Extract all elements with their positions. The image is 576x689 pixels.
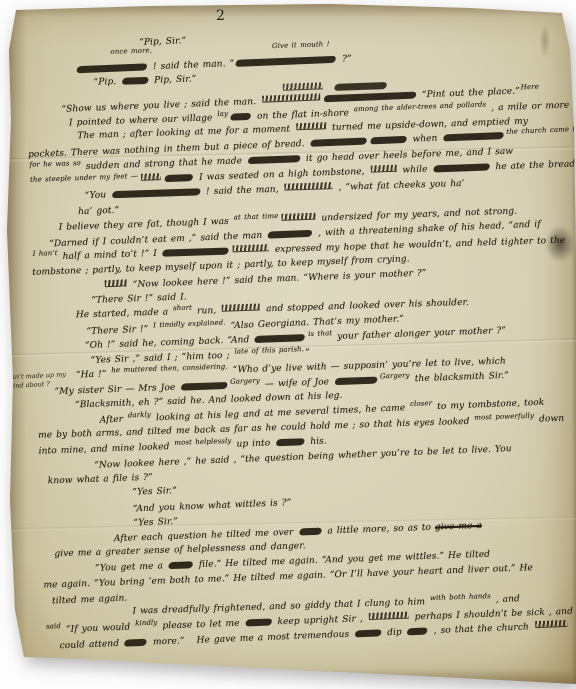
interlinear-insertion: I timidly explained. <box>153 318 226 329</box>
ink-blot <box>168 562 193 570</box>
ink-blot <box>111 188 200 198</box>
ink-text: , “what fat cheeks you ha’ <box>334 179 464 193</box>
ink-text: “Pip. <box>93 77 120 88</box>
ink-text: ” <box>305 348 310 358</box>
interlinear-insertion: said <box>46 622 61 631</box>
ink-text: Pip, Sir.” <box>150 74 197 85</box>
ink-text: “Yes Sir.” <box>132 486 177 497</box>
ink-scribble <box>283 82 323 90</box>
ink-text: to my tombstone, took <box>433 398 544 412</box>
interlinear-insertion: most helplessly <box>174 437 231 447</box>
ink-text: up into <box>232 438 274 449</box>
ink-text: keep upright Sir , <box>273 614 367 627</box>
struck-through-text: give me a <box>435 520 482 532</box>
ink-blot <box>407 627 428 635</box>
interlinear-insertion: kindly <box>135 618 158 627</box>
ink-text: , and <box>492 594 520 605</box>
ink-text: “There Sir !” <box>86 324 152 337</box>
ink-text: could attend <box>60 638 124 651</box>
paper-shadow: 2 “Pip, Sir.”once more,Give it mouth ! !… <box>0 0 576 689</box>
ink-text: while <box>398 165 431 176</box>
worn-edge-bottom <box>12 669 576 685</box>
interlinear-insertion: Gargery <box>230 376 260 385</box>
ink-text: half a mind to’t !” I <box>59 248 162 261</box>
ink-text: when <box>408 134 441 145</box>
ink-text: on the flat in-shore <box>253 108 353 122</box>
ink-scribble <box>222 304 260 312</box>
ink-text: the blacksmith Sir.” <box>411 370 509 384</box>
ink-blot <box>254 334 305 343</box>
ink-text: run, <box>193 306 220 317</box>
ink-text: “Yes Sir.” <box>133 516 178 528</box>
ink-text: he ate the bread ravenously. <box>491 157 576 172</box>
ink-text: , so that the church <box>430 622 533 636</box>
interlinear-insertion: closer <box>410 400 432 409</box>
ink-text: into mine, and mine looked <box>39 442 174 457</box>
ink-blot <box>247 155 300 164</box>
ink-scribble <box>369 611 409 619</box>
ink-blot <box>432 164 489 173</box>
ink-blot <box>275 438 304 446</box>
ink-blot <box>310 138 367 147</box>
ink-blot <box>334 376 377 385</box>
ink-scribble <box>233 244 269 252</box>
interlinear-insertion: late of this parish. <box>234 345 304 355</box>
page-number: 2 <box>216 8 226 24</box>
interlinear-insertion: Here <box>521 82 539 91</box>
ink-blot <box>121 77 149 85</box>
ink-text: know what a file is ?” <box>48 473 153 487</box>
ink-text: tilted me again. <box>52 594 128 607</box>
ink-text: He started, made a <box>76 307 173 320</box>
ink-blot <box>162 247 229 256</box>
ink-text: “Pint out the place.” <box>418 86 520 100</box>
interlinear-insertion: at that time <box>233 212 278 222</box>
interlinear-insertion: for he was so <box>29 159 81 169</box>
handwritten-text-block: “Pip, Sir.”once more,Give it mouth ! ! s… <box>24 20 576 653</box>
ink-scribble <box>281 212 315 220</box>
interlinear-insertion: with both hands <box>430 592 491 602</box>
interlinear-insertion: is that <box>308 329 332 338</box>
ink-text: more.” <box>149 636 185 647</box>
ink-blot <box>235 56 336 67</box>
ink-text: ha’ got.” <box>78 206 119 217</box>
ink-blot <box>164 174 193 182</box>
ink-blot <box>267 229 312 238</box>
ink-text: his. <box>306 437 327 448</box>
ink-blot <box>323 91 416 102</box>
ink-text: down <box>535 414 564 425</box>
ink-text: “And you know what wittles is ?” <box>133 498 292 514</box>
ink-text: “You <box>84 190 110 201</box>
interlinear-insertion: once more, <box>110 46 152 55</box>
ink-text: “Ha !” <box>76 369 111 380</box>
interlinear-insertion: darkly <box>128 411 151 420</box>
interlinear-insertion: short <box>173 304 192 313</box>
ink-text: please to let me <box>158 618 243 631</box>
interlinear-insertion: Gargery <box>380 371 410 380</box>
manuscript-page: 2 “Pip, Sir.”once more,Give it mouth ! !… <box>0 0 576 689</box>
ink-blot <box>298 527 321 535</box>
ink-scribble <box>262 93 320 102</box>
ink-blot <box>180 382 227 391</box>
ink-blot <box>124 638 147 646</box>
ink-blot <box>245 618 272 626</box>
ink-text: ! said the man, <box>202 185 283 198</box>
ink-text: “You get me a <box>95 562 167 575</box>
interlinear-insertion: most powerfully <box>474 412 534 422</box>
ink-text: — wife of Joe <box>261 377 333 390</box>
ink-scribble <box>535 620 567 628</box>
ink-text: “My sister Sir — Mrs Joe <box>54 382 179 396</box>
ink-scribble <box>296 123 326 131</box>
ink-scribble <box>370 165 396 173</box>
ink-blot <box>370 136 407 145</box>
ink-scribble <box>105 280 127 288</box>
ink-text: ! said the man. “ <box>149 59 235 72</box>
ink-blot <box>442 132 503 141</box>
ink-text: a little more, so as to <box>323 522 435 536</box>
worn-edge-left <box>6 8 26 661</box>
ink-text: After <box>99 415 127 426</box>
ink-scribble <box>284 182 332 191</box>
interlinear-insertion: I han’t <box>33 249 58 258</box>
ink-blot <box>76 63 147 73</box>
ink-text: ?” <box>338 54 352 65</box>
ink-scribble <box>141 173 161 181</box>
ink-text: “If you would <box>62 622 135 635</box>
interlinear-insertion: Give it mouth ! <box>272 40 330 50</box>
manuscript-photo: 2 “Pip, Sir.”once more,Give it mouth ! !… <box>0 0 576 689</box>
ink-blot <box>354 629 381 637</box>
interlinear-insertion: lay <box>217 109 228 117</box>
worn-edge-top <box>10 3 572 17</box>
ink-blot <box>230 112 251 120</box>
ink-text: dip <box>383 627 406 638</box>
